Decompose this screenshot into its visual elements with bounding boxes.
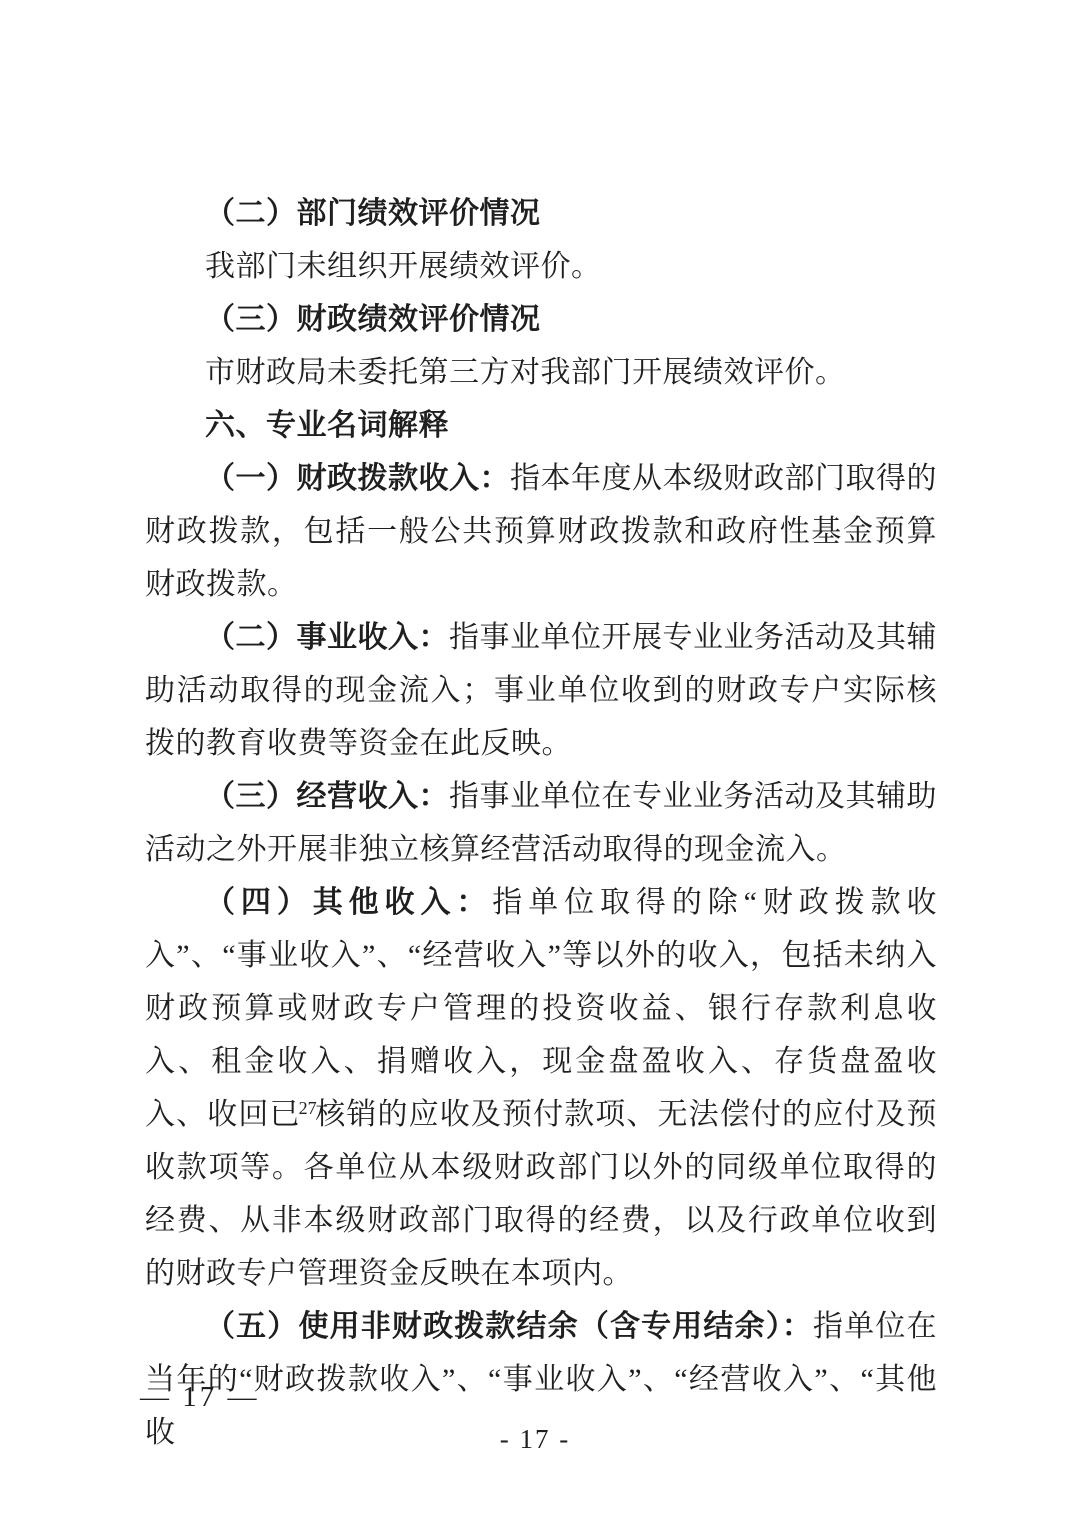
term-definition-1: （一）财政拨款收入：指本年度从本级财政部门取得的财政拨款，包括一般公共预算财政拨…	[145, 452, 937, 611]
section-heading-terminology: 六、专业名词解释	[145, 399, 937, 452]
term-lead-4: （四）其他收入：	[205, 886, 492, 919]
document-page: （二）部门绩效评价情况 我部门未组织开展绩效评价。 （三）财政绩效评价情况 市财…	[0, 0, 1074, 1520]
paragraph-dept-evaluation: 我部门未组织开展绩效评价。	[145, 240, 937, 293]
term-text-4a: 指单位取得的除“财政拨款收入”、“事业收入”、“经营收入”等以外的收入，包括未纳…	[145, 886, 937, 1131]
term-definition-4: （四）其他收入：指单位取得的除“财政拨款收入”、“事业收入”、“经营收入”等以外…	[145, 876, 937, 1300]
document-body: （二）部门绩效评价情况 我部门未组织开展绩效评价。 （三）财政绩效评价情况 市财…	[145, 187, 937, 1459]
term-definition-3: （三）经营收入：指事业单位在专业业务活动及其辅助活动之外开展非独立核算经营活动取…	[145, 770, 937, 876]
subsection-heading-performance-finance: （三）财政绩效评价情况	[145, 293, 937, 346]
page-number-inner: - 17 -	[455, 1424, 615, 1455]
term-lead-1: （一）财政拨款收入：	[205, 462, 510, 495]
term-lead-2: （二）事业收入：	[205, 621, 449, 654]
page-number-outer: — 17 —	[140, 1381, 260, 1414]
subsection-heading-performance-dept: （二）部门绩效评价情况	[145, 187, 937, 240]
paragraph-finance-evaluation: 市财政局未委托第三方对我部门开展绩效评价。	[145, 346, 937, 399]
term-lead-3: （三）经营收入：	[205, 780, 449, 813]
term-definition-2: （二）事业收入：指事业单位开展专业业务活动及其辅助活动取得的现金流入；事业单位收…	[145, 611, 937, 770]
term-lead-5: （五）使用非财政拨款结余（含专用结余）：	[205, 1310, 813, 1343]
